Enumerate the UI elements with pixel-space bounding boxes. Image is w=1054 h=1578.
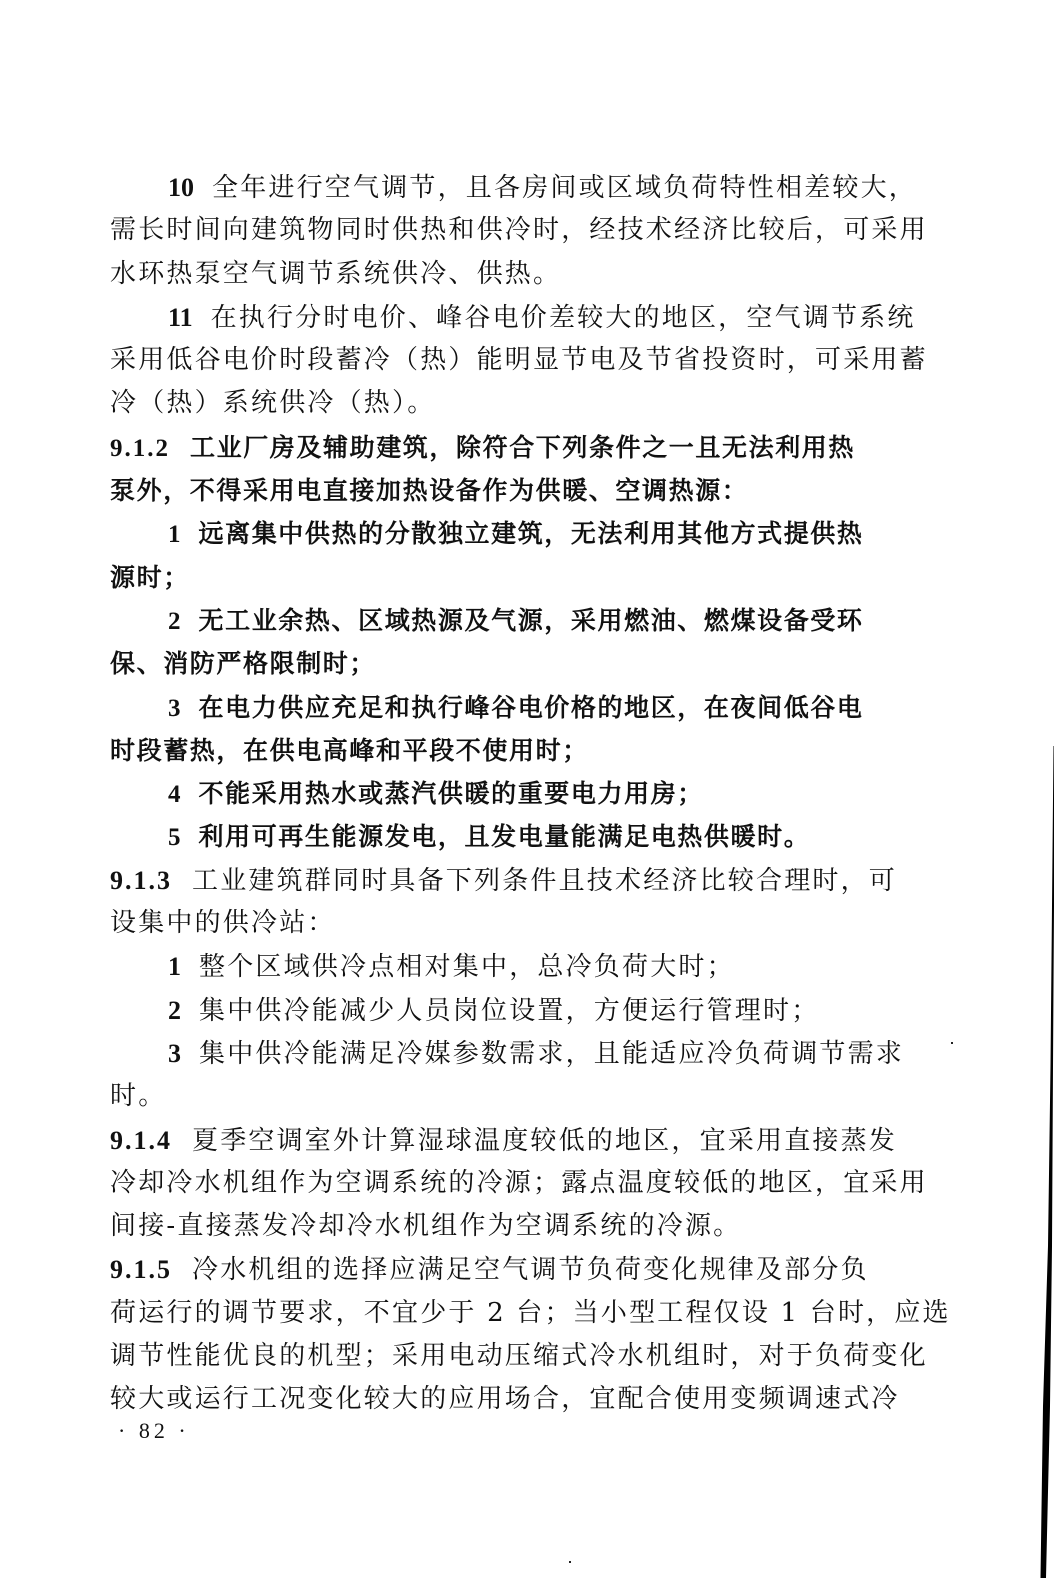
- list-item-line: 2集中供冷能减少人员岗位设置，方便运行管理时；: [110, 989, 925, 1032]
- text-line: 泵外，不得采用电直接加热设备作为供暖、空调热源：: [110, 469, 925, 512]
- line-text: 时。: [110, 1081, 166, 1111]
- line-text: 集中供冷能满足冷媒参数需求，且能适应冷负荷调节需求: [199, 1039, 904, 1069]
- list-item-line: 2无工业余热、区域热源及气源，采用燃油、燃煤设备受环: [110, 599, 925, 642]
- line-text: 源时；: [110, 563, 190, 592]
- clause-heading-line: 9.1.3工业建筑群同时具备下列条件且技术经济比较合理时，可: [110, 859, 925, 902]
- text-line: 源时；: [110, 556, 925, 599]
- item-number: 11: [168, 296, 193, 339]
- clause-number: 9.1.5: [110, 1248, 172, 1291]
- item-number: 3: [168, 1032, 181, 1075]
- line-text: 间接-直接蒸发冷却冷水机组作为空调系统的冷源。: [110, 1211, 741, 1241]
- clause-heading-line: 9.1.2工业厂房及辅助建筑，除符合下列条件之一且无法利用热: [110, 426, 925, 469]
- line-text: 集中供冷能减少人员岗位设置，方便运行管理时；: [199, 996, 819, 1026]
- list-item-line: 4不能采用热水或蒸汽供暖的重要电力用房；: [110, 772, 925, 815]
- text-line: 调节性能优良的机型；采用电动压缩式冷水机组时，对于负荷变化: [110, 1335, 925, 1378]
- item-number: 3: [168, 687, 181, 730]
- line-text: 在执行分时电价、峰谷电价差较大的地区，空气调节系统: [211, 303, 916, 333]
- line-text: 荷运行的调节要求，不宜少于 2 台；当小型工程仅设 1 台时，应选: [110, 1298, 951, 1328]
- item-number: 2: [168, 600, 181, 643]
- line-text: 在电力供应充足和执行峰谷电价格的地区，在夜间低谷电: [199, 693, 864, 722]
- line-text: 调节性能优良的机型；采用电动压缩式冷水机组时，对于负荷变化: [110, 1341, 928, 1371]
- clause-heading-line: 9.1.4夏季空调室外计算湿球温度较低的地区，宜采用直接蒸发: [110, 1119, 925, 1162]
- line-text: 设集中的供冷站：: [110, 908, 336, 938]
- line-text: 保、消防严格限制时；: [110, 649, 376, 678]
- line-text: 泵外，不得采用电直接加热设备作为供暖、空调热源：: [110, 476, 748, 505]
- text-line: 荷运行的调节要求，不宜少于 2 台；当小型工程仅设 1 台时，应选: [110, 1292, 925, 1335]
- list-item-line: 1远离集中供热的分散独立建筑，无法利用其他方式提供热: [110, 512, 925, 555]
- list-item-line: 5利用可再生能源发电，且发电量能满足电热供暖时。: [110, 815, 925, 858]
- line-text: 全年进行空气调节，且各房间或区域负荷特性相差较大，: [212, 173, 917, 203]
- line-text: 冷却冷水机组作为空调系统的冷源；露点温度较低的地区，宜采用: [110, 1168, 928, 1198]
- line-text: 水环热泵空气调节系统供冷、供热。: [110, 259, 561, 289]
- list-item-line: 1整个区域供冷点相对集中，总冷负荷大时；: [110, 945, 925, 988]
- scan-speck: [951, 1042, 953, 1044]
- text-line: 冷却冷水机组作为空调系统的冷源；露点温度较低的地区，宜采用: [110, 1162, 925, 1205]
- line-text: 较大或运行工况变化较大的应用场合，宜配合使用变频调速式冷: [110, 1384, 900, 1414]
- scan-edge-line: [1040, 746, 1054, 1578]
- text-line: 时段蓄热，在供电高峰和平段不使用时；: [110, 729, 925, 772]
- text-line: 间接-直接蒸发冷却冷水机组作为空调系统的冷源。: [110, 1205, 925, 1248]
- item-number: 10: [168, 166, 194, 209]
- text-line: 较大或运行工况变化较大的应用场合，宜配合使用变频调速式冷: [110, 1378, 925, 1421]
- line-text: 工业厂房及辅助建筑，除符合下列条件之一且无法利用热: [190, 433, 855, 462]
- item-number: 1: [168, 945, 181, 988]
- list-item-line: 3在电力供应充足和执行峰谷电价格的地区，在夜间低谷电: [110, 686, 925, 729]
- item-number: 2: [168, 989, 181, 1032]
- line-text: 采用低谷电价时段蓄冷（热）能明显节电及节省投资时，可采用蓄: [110, 345, 928, 375]
- text-line: 冷（热）系统供冷（热）。: [110, 382, 925, 425]
- text-line: 水环热泵空气调节系统供冷、供热。: [110, 253, 925, 296]
- item-number: 5: [168, 816, 181, 859]
- item-number: 4: [168, 773, 181, 816]
- line-text: 利用可再生能源发电，且发电量能满足电热供暖时。: [199, 822, 811, 851]
- scan-speck: [569, 1561, 571, 1563]
- line-text: 冷水机组的选择应满足空气调节负荷变化规律及部分负: [192, 1255, 869, 1285]
- line-text: 无工业余热、区域热源及气源，采用燃油、燃煤设备受环: [199, 606, 864, 635]
- text-line: 需长时间向建筑物同时供热和供冷时，经技术经济比较后，可采用: [110, 209, 925, 252]
- line-text: 冷（热）系统供冷（热）。: [110, 388, 435, 418]
- text-line: 设集中的供冷站：: [110, 902, 925, 945]
- item-number: 1: [168, 513, 181, 556]
- line-text: 不能采用热水或蒸汽供暖的重要电力用房；: [199, 779, 704, 808]
- text-line: 采用低谷电价时段蓄冷（热）能明显节电及节省投资时，可采用蓄: [110, 339, 925, 382]
- line-text: 工业建筑群同时具备下列条件且技术经济比较合理时，可: [192, 866, 897, 896]
- page-number: · 82 ·: [118, 1418, 190, 1444]
- list-item-line: 11在执行分时电价、峰谷电价差较大的地区，空气调节系统: [110, 296, 925, 339]
- clause-number: 9.1.2: [110, 427, 170, 470]
- line-text: 远离集中供热的分散独立建筑，无法利用其他方式提供热: [199, 519, 864, 548]
- clause-number: 9.1.4: [110, 1119, 172, 1162]
- list-item-line: 10全年进行空气调节，且各房间或区域负荷特性相差较大，: [110, 166, 925, 209]
- line-text: 整个区域供冷点相对集中，总冷负荷大时；: [199, 952, 735, 982]
- line-text: 需长时间向建筑物同时供热和供冷时，经技术经济比较后，可采用: [110, 215, 928, 245]
- text-line: 时。: [110, 1075, 925, 1118]
- line-text: 时段蓄热，在供电高峰和平段不使用时；: [110, 736, 589, 765]
- line-text: 夏季空调室外计算湿球温度较低的地区，宜采用直接蒸发: [192, 1126, 897, 1156]
- text-line: 保、消防严格限制时；: [110, 642, 925, 685]
- document-page: 10全年进行空气调节，且各房间或区域负荷特性相差较大， 需长时间向建筑物同时供热…: [110, 166, 925, 1422]
- clause-number: 9.1.3: [110, 859, 172, 902]
- list-item-line: 3集中供冷能满足冷媒参数需求，且能适应冷负荷调节需求: [110, 1032, 925, 1075]
- clause-heading-line: 9.1.5冷水机组的选择应满足空气调节负荷变化规律及部分负: [110, 1248, 925, 1291]
